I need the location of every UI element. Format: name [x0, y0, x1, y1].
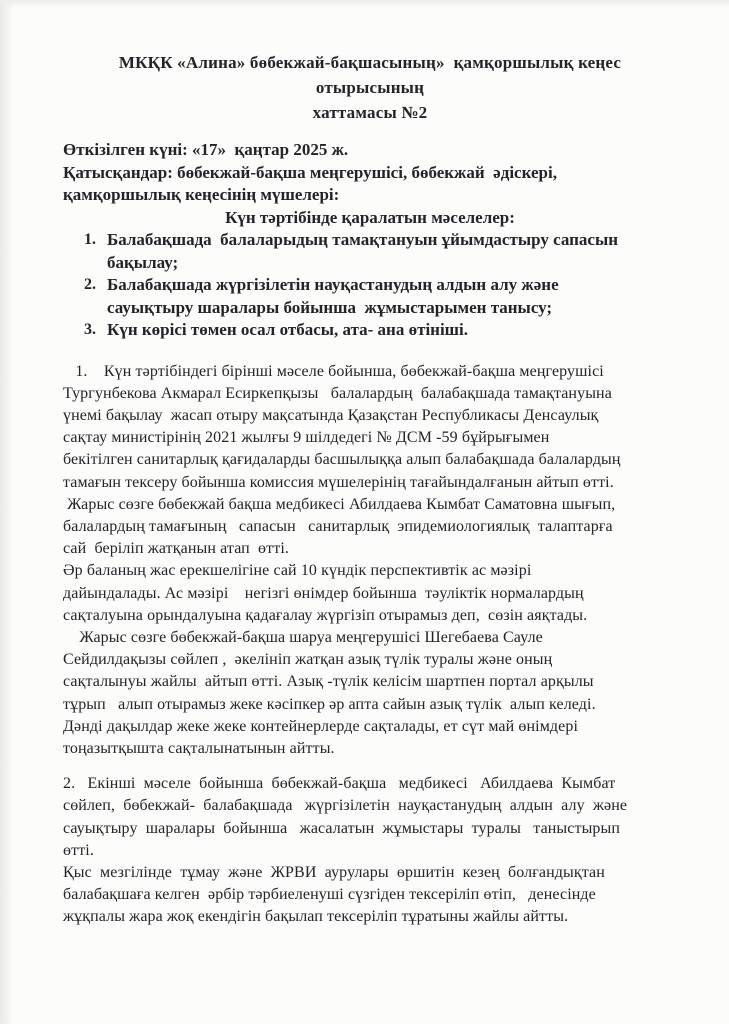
meta-block: Өткізілген күні: «17» қаңтар 2025 ж. Қат…	[63, 139, 677, 207]
document-page: МКҚК «Алина» бөбекжай-бақшасының» қамқор…	[0, 0, 729, 1024]
agenda-item-text: Балабақшада жүргізілетін науқастанудың а…	[107, 274, 677, 319]
agenda-heading: Күн тәртібінде қаралатын мәселелер:	[63, 207, 677, 230]
document-title: МКҚК «Алина» бөбекжай-бақшасының» қамқор…	[63, 50, 677, 125]
meeting-date-line: Өткізілген күні: «17» қаңтар 2025 ж.	[63, 139, 677, 162]
scan-edge-shadow	[0, 0, 729, 8]
body-paragraph-menu: Әр баланың жас ерекшелігіне сай 10 күнді…	[63, 560, 677, 627]
participants-line: Қатысқандар: бөбекжай-бақша меңгерушісі,…	[63, 162, 677, 207]
agenda-item: 3. Күн көрісі төмен осал отбасы, ата- ан…	[84, 319, 677, 342]
body-paragraph-issue-2: 2. Екінші мәселе бойынша бөбекжай-бақша …	[63, 773, 677, 862]
agenda-item-text: Балабақшада балаларыдың тамақтануын ұйым…	[107, 229, 677, 274]
agenda-item-number: 3.	[84, 319, 107, 342]
body-paragraph-issue-1: 1. Күн тәртібіндегі бірінші мәселе бойын…	[63, 361, 677, 494]
body-paragraph-supply-manager-speech: Жарыс сөзге бөбекжай-бақша шаруа меңгеру…	[63, 627, 677, 760]
agenda-item: 1. Балабақшада балаларыдың тамақтануын ұ…	[84, 229, 677, 274]
body-paragraph-nurse-speech: Жарыс сөзге бөбекжай бақша медбикесі Аби…	[63, 494, 677, 561]
agenda-list: 1. Балабақшада балаларыдың тамақтануын ұ…	[84, 229, 677, 342]
agenda-item: 2. Балабақшада жүргізілетін науқастануды…	[84, 274, 677, 319]
agenda-item-number: 2.	[84, 274, 107, 319]
protocol-body: 1. Күн тәртібіндегі бірінші мәселе бойын…	[63, 361, 677, 929]
document-content: МКҚК «Алина» бөбекжай-бақшасының» қамқор…	[63, 50, 677, 929]
agenda-item-text: Күн көрісі төмен осал отбасы, ата- ана ө…	[107, 319, 677, 342]
agenda-item-number: 1.	[84, 229, 107, 274]
body-paragraph-winter-checks: Қыс мезгілінде тұмау және ЖРВИ аурулары …	[63, 862, 677, 929]
